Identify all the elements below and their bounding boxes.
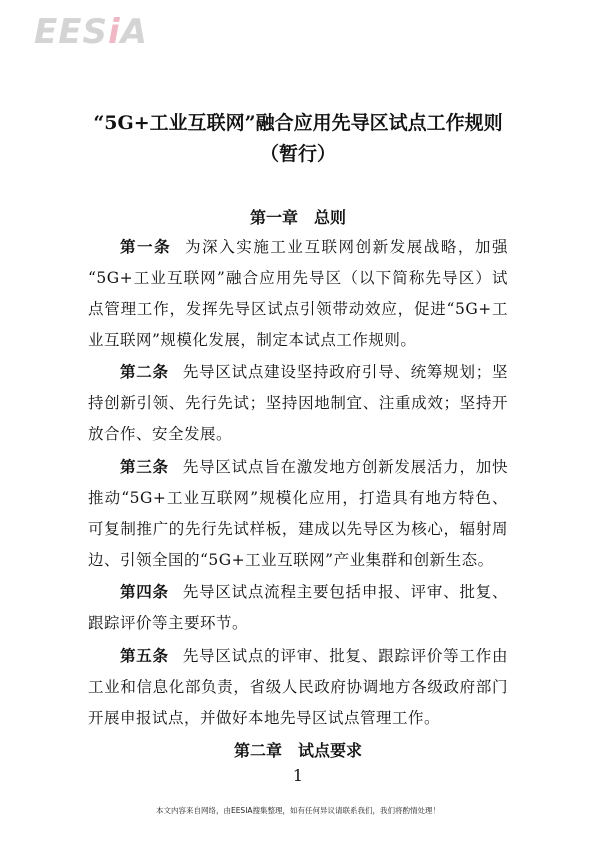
chapter-1-heading: 第一章 总则 xyxy=(0,205,596,228)
article-1-line-2: “5G+工业互联网”融合应用先导区（以下简称先导区）试 xyxy=(88,266,508,288)
article-5-line-1: 第五条先导区试点的评审、批复、跟踪评价等工作由 xyxy=(120,644,508,666)
chapter-2-heading: 第二章 试点要求 xyxy=(0,738,596,761)
article-2-line-1: 第二条先导区试点建设坚持政府引导、统筹规划；坚 xyxy=(120,360,508,382)
article-3-line-3: 可复制推广的先行先试样板，建成以先导区为核心，辐射周 xyxy=(88,517,508,539)
article-5-line-3: 开展申报试点，并做好本地先导区试点管理工作。 xyxy=(88,706,508,728)
document-subtitle: （暂行） xyxy=(0,139,596,166)
document-title: “5G+工业互联网”融合应用先导区试点工作规则 xyxy=(0,108,596,135)
article-label: 第二条 xyxy=(120,362,169,381)
article-4-line-2: 跟踪评价等主要环节。 xyxy=(88,611,508,633)
article-2-line-3: 放合作、安全发展。 xyxy=(88,422,508,444)
article-3-line-2: 推动“5G+工业互联网”规模化应用，打造具有地方特色、 xyxy=(88,486,508,508)
article-label: 第四条 xyxy=(120,582,169,601)
eesia-watermark-logo: EESiA xyxy=(34,12,148,52)
article-3-line-1: 第三条先导区试点旨在激发地方创新发展活力，加快 xyxy=(120,455,508,477)
article-4-line-1: 第四条先导区试点流程主要包括申报、评审、批复、 xyxy=(120,580,508,602)
article-1-line-1: 第一条为深入实施工业互联网创新发展战略，加强 xyxy=(120,235,508,257)
article-label: 第五条 xyxy=(120,646,169,665)
article-1-line-4: 业互联网”规模化发展，制定本试点工作规则。 xyxy=(88,328,508,350)
article-3-line-4: 边、引领全国的“5G+工业互联网”产业集群和创新生态。 xyxy=(88,548,508,570)
article-label: 第三条 xyxy=(120,457,169,476)
footer-disclaimer: 本文内容来自网络，由EESIA搜集整理，如有任何异议请联系我们，我们将酌情处理！ xyxy=(0,805,596,816)
article-5-line-2: 工业和信息化部负责，省级人民政府协调地方各级政府部门 xyxy=(88,675,508,697)
page-number: 1 xyxy=(0,766,596,785)
article-1-line-3: 点管理工作，发挥先导区试点引领带动效应，促进“5G+工 xyxy=(88,297,508,319)
article-label: 第一条 xyxy=(120,237,171,256)
article-2-line-2: 持创新引领、先行先试；坚持因地制宜、注重成效；坚持开 xyxy=(88,391,508,413)
